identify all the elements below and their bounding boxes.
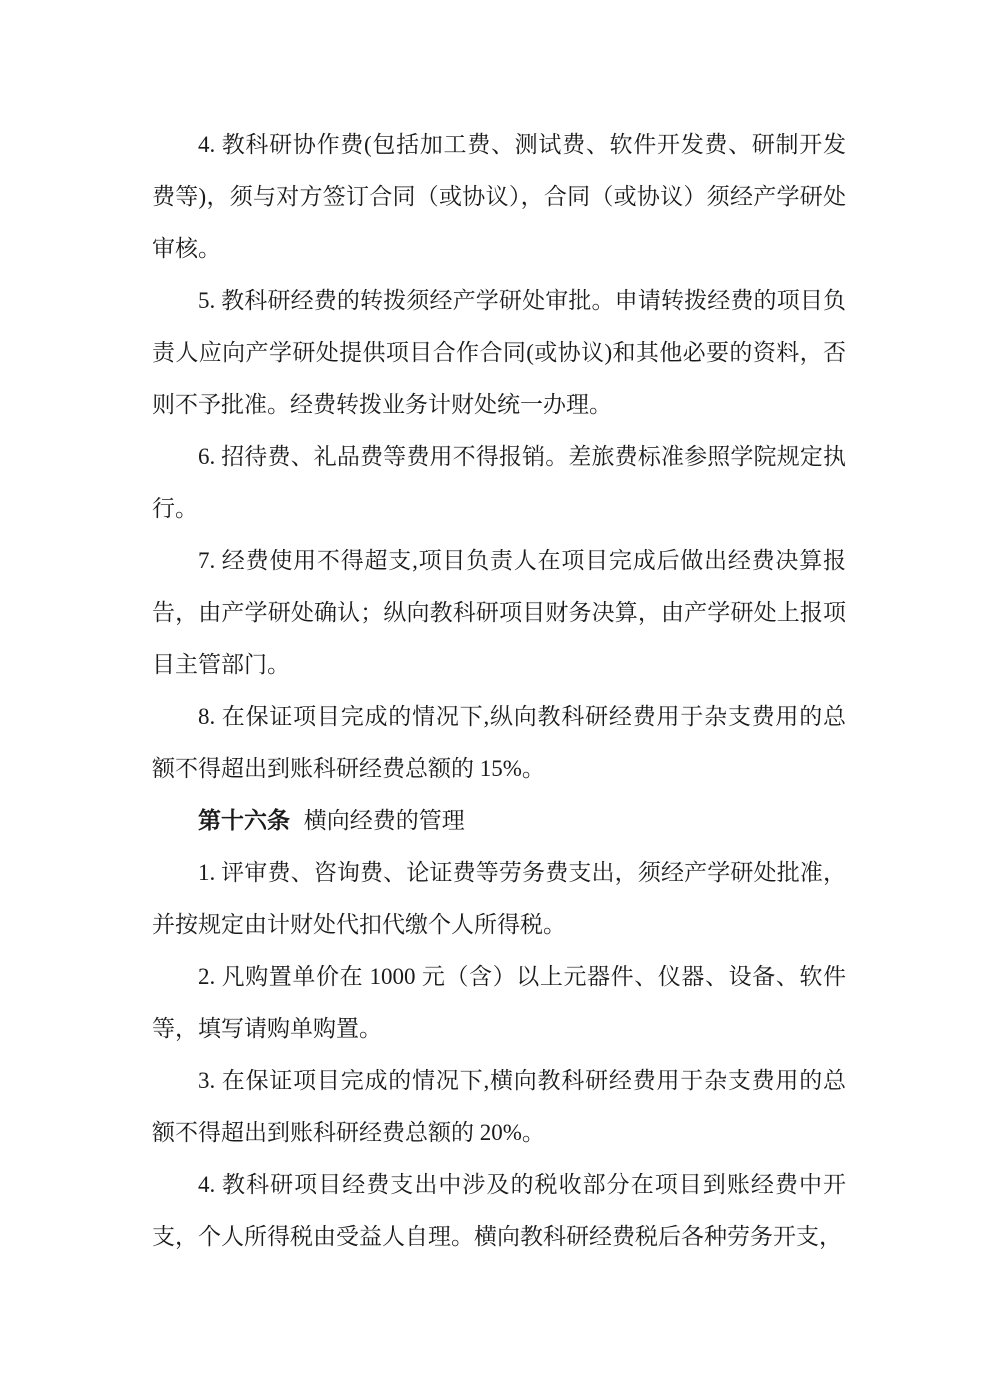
- paragraph-item-4b: 4. 教科研项目经费支出中涉及的税收部分在项目到账经费中开支，个人所得税由受益人…: [152, 1159, 846, 1263]
- paragraph-item-3: 3. 在保证项目完成的情况下,横向教科研经费用于杂支费用的总额不得超出到账科研经…: [152, 1055, 846, 1159]
- paragraph-item-4: 4. 教科研协作费(包括加工费、测试费、软件开发费、研制开发费等)，须与对方签订…: [152, 119, 846, 275]
- section-heading-title: 横向经费的管理: [304, 808, 465, 833]
- paragraph-item-8: 8. 在保证项目完成的情况下,纵向教科研经费用于杂支费用的总额不得超出到账科研经…: [152, 691, 846, 795]
- section-heading-number: 第十六条: [198, 808, 290, 833]
- paragraph-item-2: 2. 凡购置单价在 1000 元（含）以上元器件、仪器、设备、软件等，填写请购单…: [152, 951, 846, 1055]
- paragraph-item-1: 1. 评审费、咨询费、论证费等劳务费支出，须经产学研处批准，并按规定由计财处代扣…: [152, 847, 846, 951]
- paragraph-item-6: 6. 招待费、礼品费等费用不得报销。差旅费标准参照学院规定执行。: [152, 431, 846, 535]
- paragraph-item-5: 5. 教科研经费的转拨须经产学研处审批。申请转拨经费的项目负责人应向产学研处提供…: [152, 275, 846, 431]
- section-heading: 第十六条横向经费的管理: [152, 795, 846, 847]
- document-page: 4. 教科研协作费(包括加工费、测试费、软件开发费、研制开发费等)，须与对方签订…: [0, 0, 992, 1398]
- paragraph-item-7: 7. 经费使用不得超支,项目负责人在项目完成后做出经费决算报告，由产学研处确认；…: [152, 535, 846, 691]
